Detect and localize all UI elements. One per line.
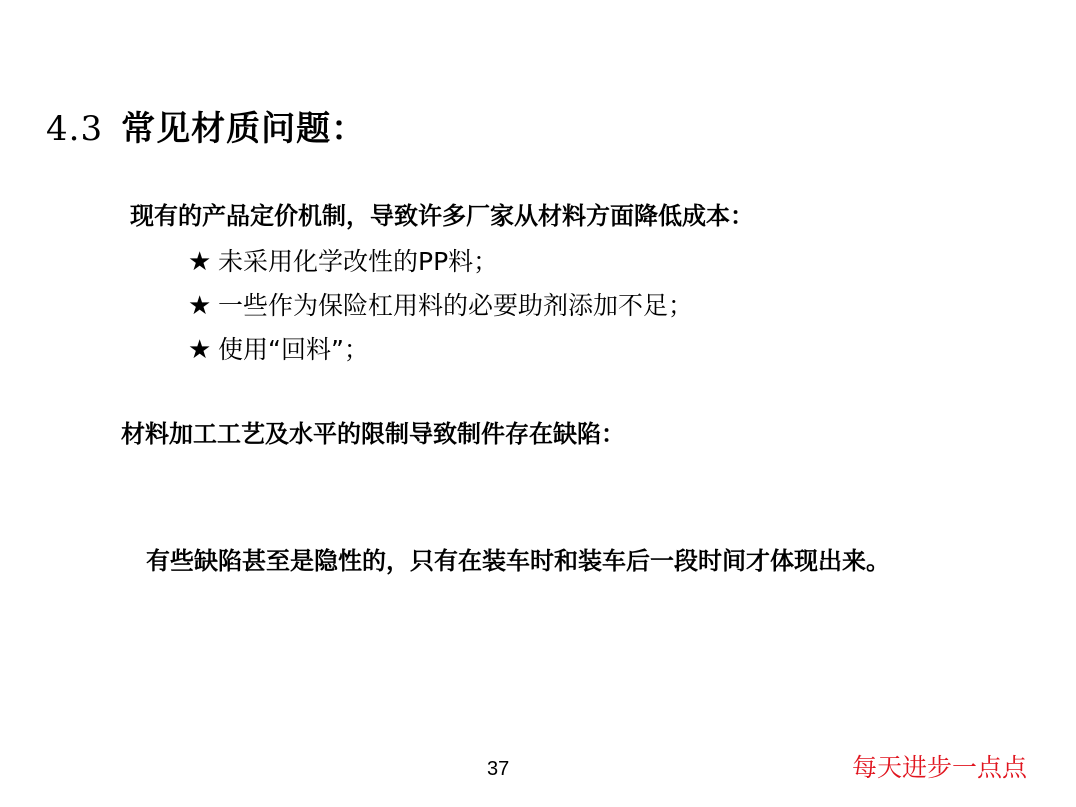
- bullet-item: ★未采用化学改性的PP料；: [188, 240, 693, 284]
- slide: 4.3常见材质问题： 现有的产品定价机制，导致许多厂家从材料方面降低成本： ★未…: [0, 0, 1076, 807]
- footer-slogan: 每天进步一点点: [852, 752, 1027, 784]
- slide-title: 4.3常见材质问题：: [46, 104, 366, 154]
- hidden-defects-text: 有些缺陷甚至是隐性的，只有在装车时和装车后一段时间才体现出来。: [84, 540, 964, 582]
- intro-text: 现有的产品定价机制，导致许多厂家从材料方面降低成本：: [130, 196, 754, 236]
- processing-limitations-text: 材料加工工艺及水平的限制导致制件存在缺陷：: [121, 414, 625, 454]
- bullet-item: ★一些作为保险杠用料的必要助剂添加不足；: [188, 284, 693, 328]
- title-text: 常见材质问题：: [121, 109, 366, 149]
- section-number: 4.3: [46, 109, 103, 149]
- bullet-item: ★使用“回料”；: [188, 328, 693, 372]
- bullet-text: 使用“回料”；: [218, 335, 369, 364]
- page-number: 37: [487, 756, 509, 782]
- bullet-text: 未采用化学改性的PP料；: [218, 247, 498, 276]
- bullet-text: 一些作为保险杠用料的必要助剂添加不足；: [218, 291, 693, 320]
- star-icon: ★: [188, 328, 218, 372]
- bullet-list: ★未采用化学改性的PP料； ★一些作为保险杠用料的必要助剂添加不足； ★使用“回…: [188, 240, 693, 372]
- star-icon: ★: [188, 240, 218, 284]
- star-icon: ★: [188, 284, 218, 328]
